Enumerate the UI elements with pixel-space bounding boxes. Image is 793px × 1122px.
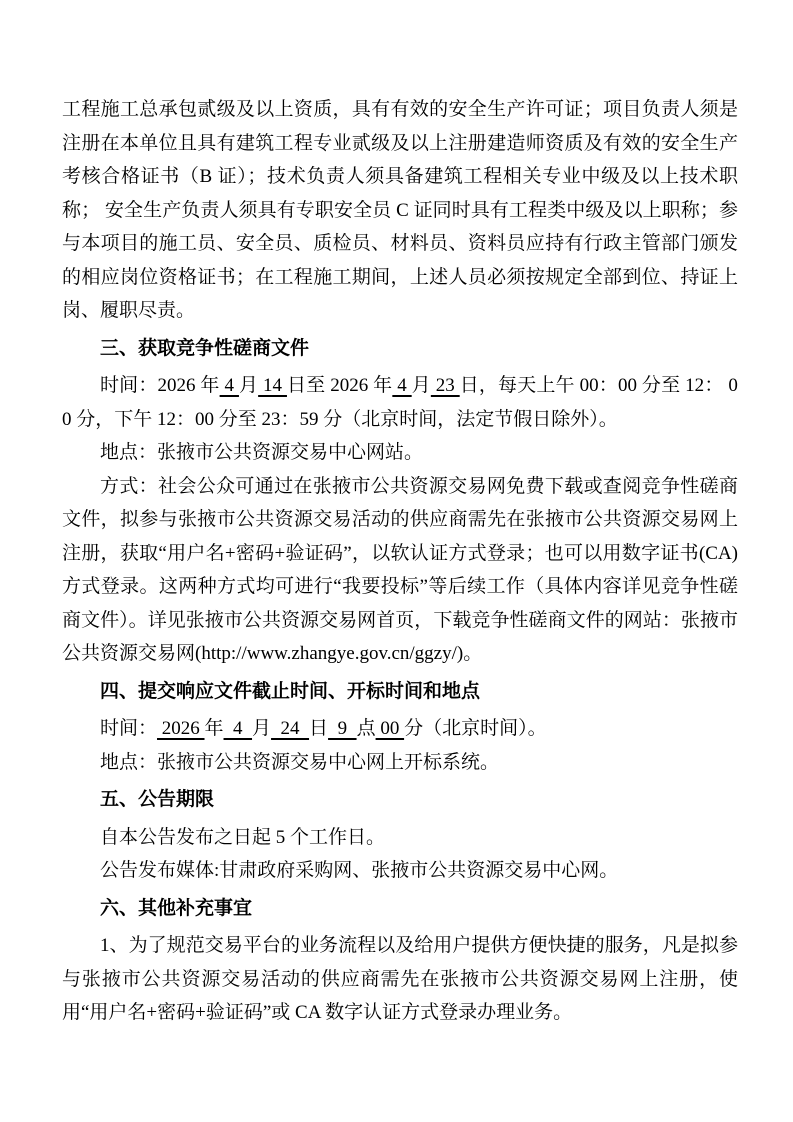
text-run: 方式：社会公众可通过在张掖市公共资源交易网免费下载或查阅竞争性磋商文件，拟参与张… [62,476,738,665]
text-run: 工程施工总承包贰级及以上资质，具有有效的安全生产许可证；项目负责人须是注册在本单… [62,99,738,321]
text-run: 月 [252,718,271,739]
heading-section-3: 三、获取竞争性磋商文件 [62,332,738,366]
blank-filled-value: 4 [392,375,411,396]
text-run: 月 [239,375,258,396]
heading-section-4: 四、提交响应文件截止时间、开标时间和地点 [62,675,738,709]
para-deadline-time: 时间： 2026 年 4 月 24 日 9 点 00 分（北京时间）。 [62,712,738,746]
para-document-time: 时间：2026 年 4 月 14 日至 2026 年 4 月 23 日，每天上午… [62,369,738,436]
blank-filled-value: 9 [328,718,357,739]
text-run: 时间：2026 年 [100,375,220,396]
document-page: 工程施工总承包贰级及以上资质，具有有效的安全生产许可证；项目负责人须是注册在本单… [0,0,793,1122]
document-body: 工程施工总承包贰级及以上资质，具有有效的安全生产许可证；项目负责人须是注册在本单… [0,0,793,1122]
para-supplement-1: 1、为了规范交易平台的业务流程以及给用户提供方便快捷的服务，凡是拟参与张掖市公共… [62,929,738,1030]
text-run: 公告发布媒体:甘肃政府采购网、张掖市公共资源交易中心网。 [100,860,618,881]
blank-filled-value: 2026 [157,718,205,739]
blank-filled-value: 23 [431,375,460,396]
text-run: 时间： [100,718,157,739]
para-announcement-media: 公告发布媒体:甘肃政府采购网、张掖市公共资源交易中心网。 [62,854,738,888]
text-run: 日 [309,718,328,739]
text-run: 六、其他补充事宜 [100,898,252,919]
para-document-method: 方式：社会公众可通过在张掖市公共资源交易网免费下载或查阅竞争性磋商文件，拟参与张… [62,470,738,671]
heading-section-6: 六、其他补充事宜 [62,892,738,926]
text-run: 日至 2026 年 [287,375,392,396]
blank-filled-value: 24 [271,718,309,739]
text-run: 自本公告发布之日起 5 个工作日。 [100,827,385,848]
text-run: 三、获取竞争性磋商文件 [100,338,309,359]
text-run: 年 [205,718,224,739]
para-qualification-requirements: 工程施工总承包贰级及以上资质，具有有效的安全生产许可证；项目负责人须是注册在本单… [62,93,738,328]
heading-section-5: 五、公告期限 [62,783,738,817]
text-run: 五、公告期限 [100,789,214,810]
para-document-place: 地点：张掖市公共资源交易中心网站。 [62,436,738,470]
text-run: 1、为了规范交易平台的业务流程以及给用户提供方便快捷的服务，凡是拟参与张掖市公共… [62,935,738,1023]
text-run: 分（北京时间）。 [404,718,547,739]
text-run: 月 [412,375,431,396]
text-run: 四、提交响应文件截止时间、开标时间和地点 [100,681,480,702]
text-run: 地点：张掖市公共资源交易中心网站。 [100,442,423,463]
text-run: 地点：张掖市公共资源交易中心网上开标系统。 [100,752,499,773]
para-announcement-period: 自本公告发布之日起 5 个工作日。 [62,821,738,855]
blank-filled-value: 4 [220,375,239,396]
para-deadline-place: 地点：张掖市公共资源交易中心网上开标系统。 [62,746,738,780]
blank-filled-value: 00 [376,718,405,739]
blank-filled-value: 14 [258,375,287,396]
blank-filled-value: 4 [224,718,253,739]
text-run: 点 [357,718,376,739]
